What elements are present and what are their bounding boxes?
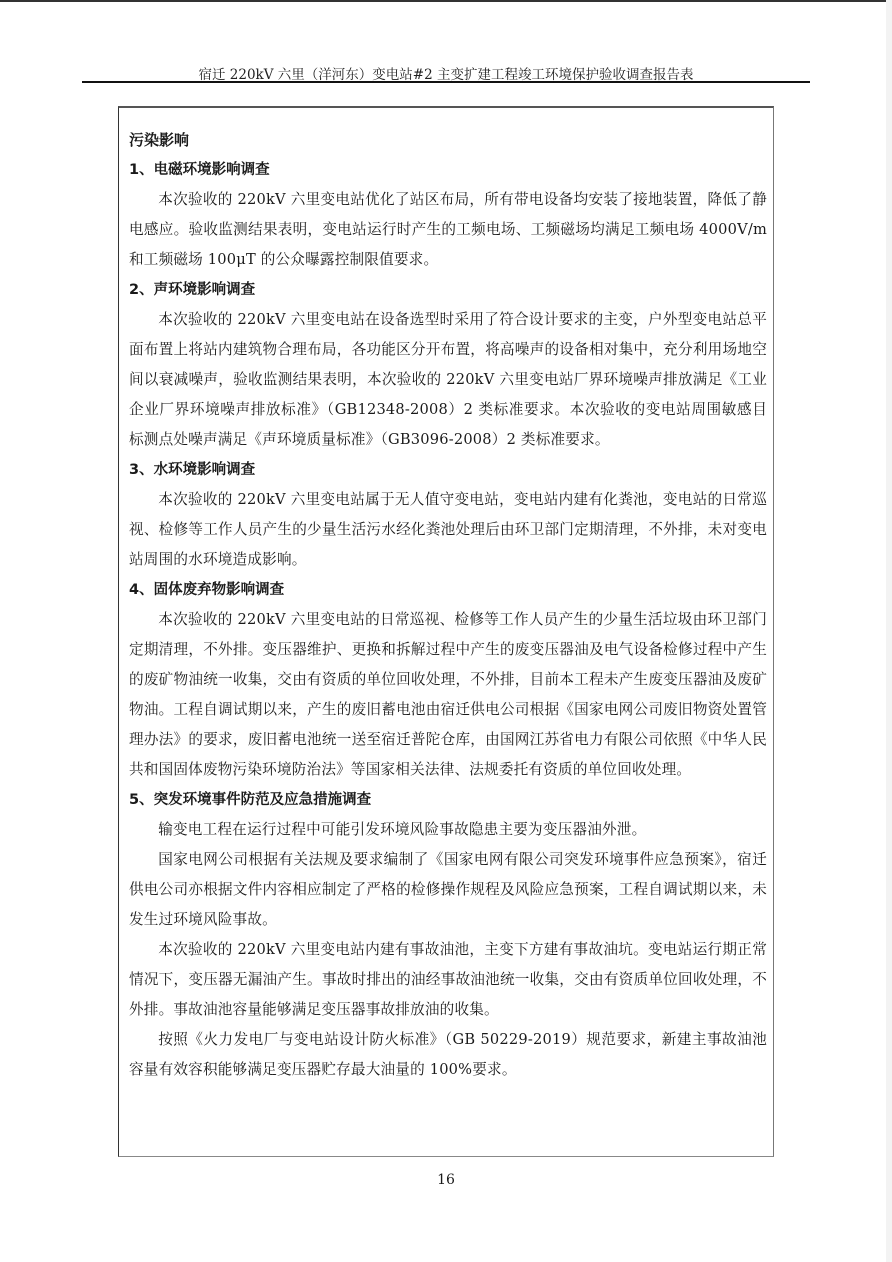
paragraph: 国家电网公司根据有关法规及要求编制了《国家电网有限公司突发环境事件应急预案》，宿… xyxy=(129,845,767,935)
paragraph: 按照《火力发电厂与变电站设计防火标准》（GB 50229-2019）规范要求，新… xyxy=(129,1025,767,1085)
section-heading: 3、水环境影响调查 xyxy=(129,455,767,485)
running-header: 宿迁 220kV 六里（洋河东）变电站#2 主变扩建工程竣工环境保护验收调查报告… xyxy=(82,63,810,83)
content-body: 污染影响 1、电磁环境影响调查 本次验收的 220kV 六里变电站优化了站区布局… xyxy=(129,125,767,1085)
section-solid-waste: 4、固体废弃物影响调查 本次验收的 220kV 六里变电站的日常巡视、检修等工作… xyxy=(129,575,767,785)
section-title: 污染影响 xyxy=(129,125,767,155)
section-emergency: 5、突发环境事件防范及应急措施调查 输变电工程在运行过程中可能引发环境风险事故隐… xyxy=(129,785,767,1085)
section-heading: 2、声环境影响调查 xyxy=(129,275,767,305)
section-heading: 5、突发环境事件防范及应急措施调查 xyxy=(129,785,767,815)
top-edge-rule xyxy=(0,0,892,2)
paragraph: 本次验收的 220kV 六里变电站内建有事故油池，主变下方建有事故油坑。变电站运… xyxy=(129,935,767,1025)
paragraph: 本次验收的 220kV 六里变电站在设备选型时采用了符合设计要求的主变，户外型变… xyxy=(129,305,767,455)
paragraph: 本次验收的 220kV 六里变电站的日常巡视、检修等工作人员产生的少量生活垃圾由… xyxy=(129,605,767,785)
header-rule xyxy=(82,81,810,83)
section-heading: 1、电磁环境影响调查 xyxy=(129,155,767,185)
page-number: 16 xyxy=(0,1172,892,1188)
paragraph: 输变电工程在运行过程中可能引发环境风险事故隐患主要为变压器油外泄。 xyxy=(129,815,767,845)
paragraph: 本次验收的 220kV 六里变电站属于无人值守变电站，变电站内建有化粪池，变电站… xyxy=(129,485,767,575)
section-acoustic: 2、声环境影响调查 本次验收的 220kV 六里变电站在设备选型时采用了符合设计… xyxy=(129,275,767,455)
section-electromagnetic: 1、电磁环境影响调查 本次验收的 220kV 六里变电站优化了站区布局，所有带电… xyxy=(129,155,767,275)
paragraph: 本次验收的 220kV 六里变电站优化了站区布局，所有带电设备均安装了接地装置，… xyxy=(129,185,767,275)
page-edge-shade xyxy=(886,0,892,1262)
section-water: 3、水环境影响调查 本次验收的 220kV 六里变电站属于无人值守变电站，变电站… xyxy=(129,455,767,575)
section-heading: 4、固体废弃物影响调查 xyxy=(129,575,767,605)
content-table-cell: 污染影响 1、电磁环境影响调查 本次验收的 220kV 六里变电站优化了站区布局… xyxy=(118,106,774,1157)
